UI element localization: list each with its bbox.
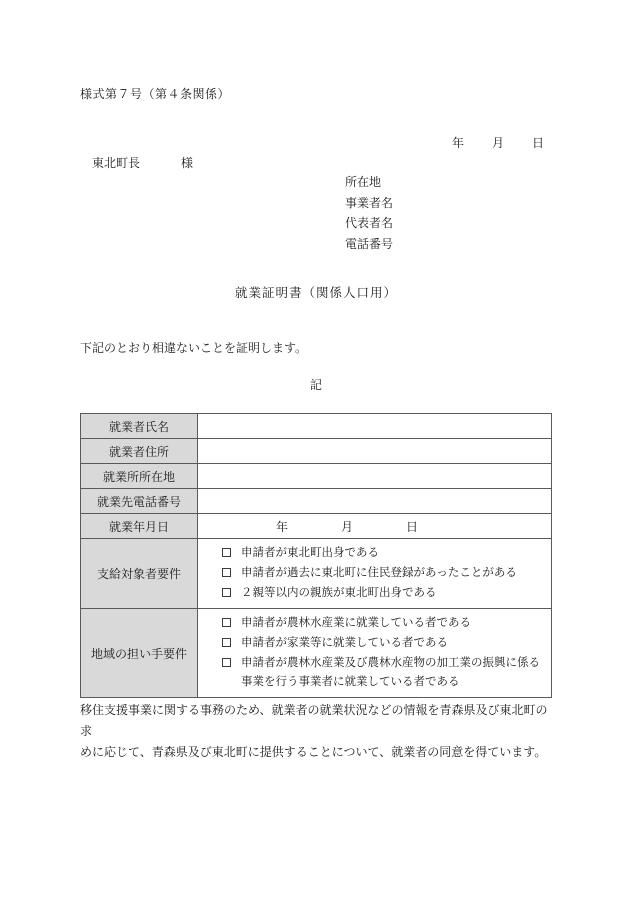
checkbox-label: 申請者が東北町出身である — [241, 544, 379, 563]
sender-field-location: 所在地 — [345, 172, 393, 193]
addressee-honorific: 様 — [181, 156, 193, 170]
row-label: 就業者氏名 — [81, 414, 198, 439]
sender-field-representative-name: 代表者名 — [345, 213, 393, 234]
checkbox-option[interactable]: 申請者が家業等に就業している者である — [198, 634, 547, 653]
document-title: 就業証明書（関係人口用） — [80, 283, 552, 301]
table-row-recipient-requirements: 支給対象者要件 申請者が東北町出身である 申請者が過去に東北町に住民登録があった… — [81, 539, 552, 609]
checkbox-option[interactable]: 申請者が農林水産業及び農林水産物の加工業の振興に係る事業を行う事業者に就業してい… — [198, 654, 547, 692]
checkbox-option[interactable]: ２親等以内の親族が東北町出身である — [198, 584, 547, 603]
row-label: 就業先電話番号 — [81, 489, 198, 514]
form-number: 様式第７号（第４条関係） — [80, 85, 230, 102]
checkbox-option[interactable]: 申請者が過去に東北町に住民登録があったことがある — [198, 564, 547, 583]
table-row-workplace-location: 就業所所在地 — [81, 464, 552, 489]
checkbox-icon[interactable] — [222, 638, 231, 647]
checkbox-option[interactable]: 申請者が東北町出身である — [198, 544, 547, 563]
table-row-regional-role-requirements: 地域の担い手要件 申請者が農林水産業に就業している者である 申請者が家業等に就業… — [81, 609, 552, 698]
checkbox-icon[interactable] — [222, 588, 231, 597]
document-page: 様式第７号（第４条関係） 年 月 日 東北町長 様 所在地 事業者名 代表者名 … — [0, 0, 630, 903]
worker-address-field[interactable] — [198, 439, 552, 464]
certificate-table: 就業者氏名 就業者住所 就業所所在地 就業先電話番号 就業年月日 年 月 — [80, 413, 552, 698]
worker-name-field[interactable] — [198, 414, 552, 439]
recipient-requirements-cell: 申請者が東北町出身である 申請者が過去に東北町に住民登録があったことがある ２親… — [198, 539, 552, 609]
checkbox-icon[interactable] — [222, 568, 231, 577]
addressee-line: 東北町長 様 — [92, 154, 193, 171]
table-row-worker-name: 就業者氏名 — [81, 414, 552, 439]
row-label: 就業年月日 — [81, 514, 198, 539]
addressee-name: 東北町長 — [92, 156, 140, 170]
consent-note-line: 移住支援事業に関する事務のため、就業者の就業状況などの情報を青森県及び東北町の求 — [80, 700, 558, 742]
sender-field-business-name: 事業者名 — [345, 193, 393, 214]
employment-date-field[interactable]: 年 月 日 — [198, 514, 552, 539]
workplace-location-field[interactable] — [198, 464, 552, 489]
checkbox-icon[interactable] — [222, 548, 231, 557]
row-label: 地域の担い手要件 — [81, 609, 198, 698]
checkbox-icon[interactable] — [222, 618, 231, 627]
table-row-employment-date: 就業年月日 年 月 日 — [81, 514, 552, 539]
row-label: 就業所所在地 — [81, 464, 198, 489]
regional-role-requirements-cell: 申請者が農林水産業に就業している者である 申請者が家業等に就業している者である … — [198, 609, 552, 698]
checkbox-label: 申請者が農林水産業に就業している者である — [241, 614, 471, 633]
row-label: 就業者住所 — [81, 439, 198, 464]
checkbox-option[interactable]: 申請者が農林水産業に就業している者である — [198, 614, 547, 633]
employment-date-year-label: 年 — [276, 520, 288, 534]
table-row-workplace-phone: 就業先電話番号 — [81, 489, 552, 514]
sender-block: 所在地 事業者名 代表者名 電話番号 — [345, 172, 393, 254]
checkbox-label: 申請者が農林水産業及び農林水産物の加工業の振興に係る事業を行う事業者に就業してい… — [241, 654, 543, 692]
table-row-worker-address: 就業者住所 — [81, 439, 552, 464]
row-label: 支給対象者要件 — [81, 539, 198, 609]
employment-date-month-label: 月 — [341, 520, 353, 534]
checkbox-icon[interactable] — [222, 658, 231, 667]
checkbox-label: ２親等以内の親族が東北町出身である — [241, 584, 437, 603]
sender-field-phone-number: 電話番号 — [345, 234, 393, 255]
workplace-phone-field[interactable] — [198, 489, 552, 514]
consent-note-line: めに応じて、青森県及び東北町に提供することについて、就業者の同意を得ています。 — [80, 742, 558, 763]
declaration-text: 下記のとおり相違ないことを証明します。 — [80, 339, 307, 356]
date-day-label: 日 — [532, 134, 544, 151]
ki-heading: 記 — [80, 376, 552, 393]
checkbox-label: 申請者が家業等に就業している者である — [241, 634, 448, 653]
checkbox-label: 申請者が過去に東北町に住民登録があったことがある — [241, 564, 517, 583]
date-line: 年 月 日 — [452, 134, 544, 151]
date-month-label: 月 — [492, 134, 504, 151]
date-year-label: 年 — [452, 134, 464, 151]
employment-date-day-label: 日 — [406, 520, 418, 534]
consent-note: 移住支援事業に関する事務のため、就業者の就業状況などの情報を青森県及び東北町の求… — [80, 700, 558, 763]
